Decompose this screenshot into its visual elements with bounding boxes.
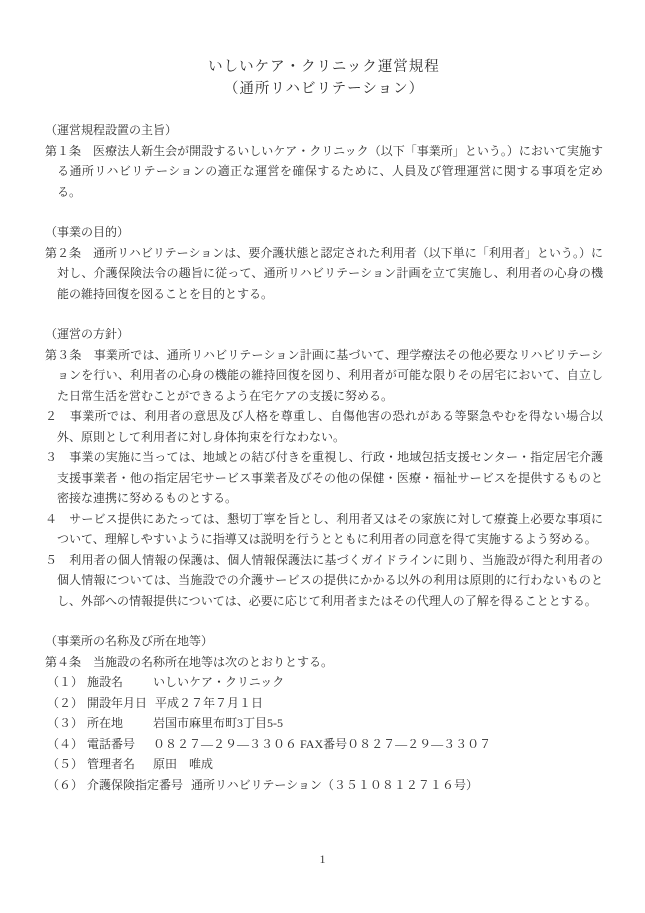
page-number: 1 [0,849,645,870]
detail-label: 所在地 [87,713,145,734]
section-purpose: （運営規程設置の主旨） 第１条 医療法人新生会が開設するいしいケア・クリニック（… [45,120,603,202]
article-1-paragraph: 第１条 医療法人新生会が開設するいしいケア・クリニック（以下「事業所」という。）… [45,141,603,203]
section-facility-info: （事業所の名称及び所在地等） 第４条 当施設の名称所在地等は次のとおりとする。 … [45,631,603,795]
detail-number: （４） [47,734,87,755]
article-3-clause-2: ２ 事業所では、利用者の意思及び人格を尊重し、自傷他害の恐れがある等緊急やむを得… [45,406,603,447]
detail-label: 管理者名 [87,754,145,775]
section-heading: （運営規程設置の主旨） [45,120,603,141]
article-3-paragraph: 第３条 事業所では、通所リハビリテーション計画に基づいて、理学療法その他必要なリ… [45,345,603,407]
section-heading: （事業所の名称及び所在地等） [45,631,603,652]
facility-detail-row-manager: （５） 管理者名 原田 唯成 [45,754,603,775]
facility-detail-row-established: （２） 開設年月日 平成２７年７月１日 [45,693,603,714]
detail-value: 通所リハビリテーション（３５１０８１２７１６号） [191,775,603,796]
document-subtitle: （通所リハビリテーション） [45,78,603,100]
detail-label: 開設年月日 [87,693,147,714]
detail-value: 平成２７年７月１日 [155,693,603,714]
detail-number: （５） [47,754,87,775]
facility-detail-row-address: （３） 所在地 岩国市麻里布町3丁目5-5 [45,713,603,734]
article-4-paragraph: 第４条 当施設の名称所在地等は次のとおりとする。 [45,652,603,673]
detail-number: （２） [47,693,87,714]
section-heading: （事業の目的） [45,222,603,243]
section-policy: （運営の方針） 第３条 事業所では、通所リハビリテーション計画に基づいて、理学療… [45,324,603,611]
detail-label: 電話番号 [87,734,145,755]
detail-number: （６） [47,775,87,796]
detail-number: （１） [47,672,87,693]
detail-number: （３） [47,713,87,734]
section-heading: （運営の方針） [45,324,603,345]
detail-value: いしいケア・クリニック [153,672,603,693]
detail-value: 原田 唯成 [153,754,603,775]
facility-detail-row-insurance-number: （６） 介護保険指定番号 通所リハビリテーション（３５１０８１２７１６号） [45,775,603,796]
section-objective: （事業の目的） 第２条 通所リハビリテーションは、要介護状態と認定された利用者（… [45,222,603,304]
facility-detail-row-phone: （４） 電話番号 ０８２７―２９―３３０６ FAX番号０８２７―２９―３３０７ [45,734,603,755]
document-header: いしいケア・クリニック運営規程 （通所リハビリテーション） [45,56,603,100]
article-2-paragraph: 第２条 通所リハビリテーションは、要介護状態と認定された利用者（以下単に「利用者… [45,243,603,305]
article-3-clause-4: ４ サービス提供にあたっては、懇切丁寧を旨とし、利用者又はその家族に対して療養上… [45,509,603,550]
article-3-clause-5: ５ 利用者の個人情報の保護は、個人情報保護法に基づくガイドラインに則り、当施設が… [45,550,603,612]
document-page: いしいケア・クリニック運営規程 （通所リハビリテーション） （運営規程設置の主旨… [0,0,645,913]
detail-label: 介護保険指定番号 [87,775,183,796]
article-3-clause-3: ３ 事業の実施に当っては、地域との結び付きを重視し、行政・地域包括支援センター・… [45,447,603,509]
detail-value: ０８２７―２９―３３０６ FAX番号０８２７―２９―３３０７ [153,734,603,755]
detail-value: 岩国市麻里布町3丁目5-5 [153,713,603,734]
document-title: いしいケア・クリニック運営規程 [45,56,603,78]
detail-label: 施設名 [87,672,145,693]
facility-detail-row-name: （１） 施設名 いしいケア・クリニック [45,672,603,693]
